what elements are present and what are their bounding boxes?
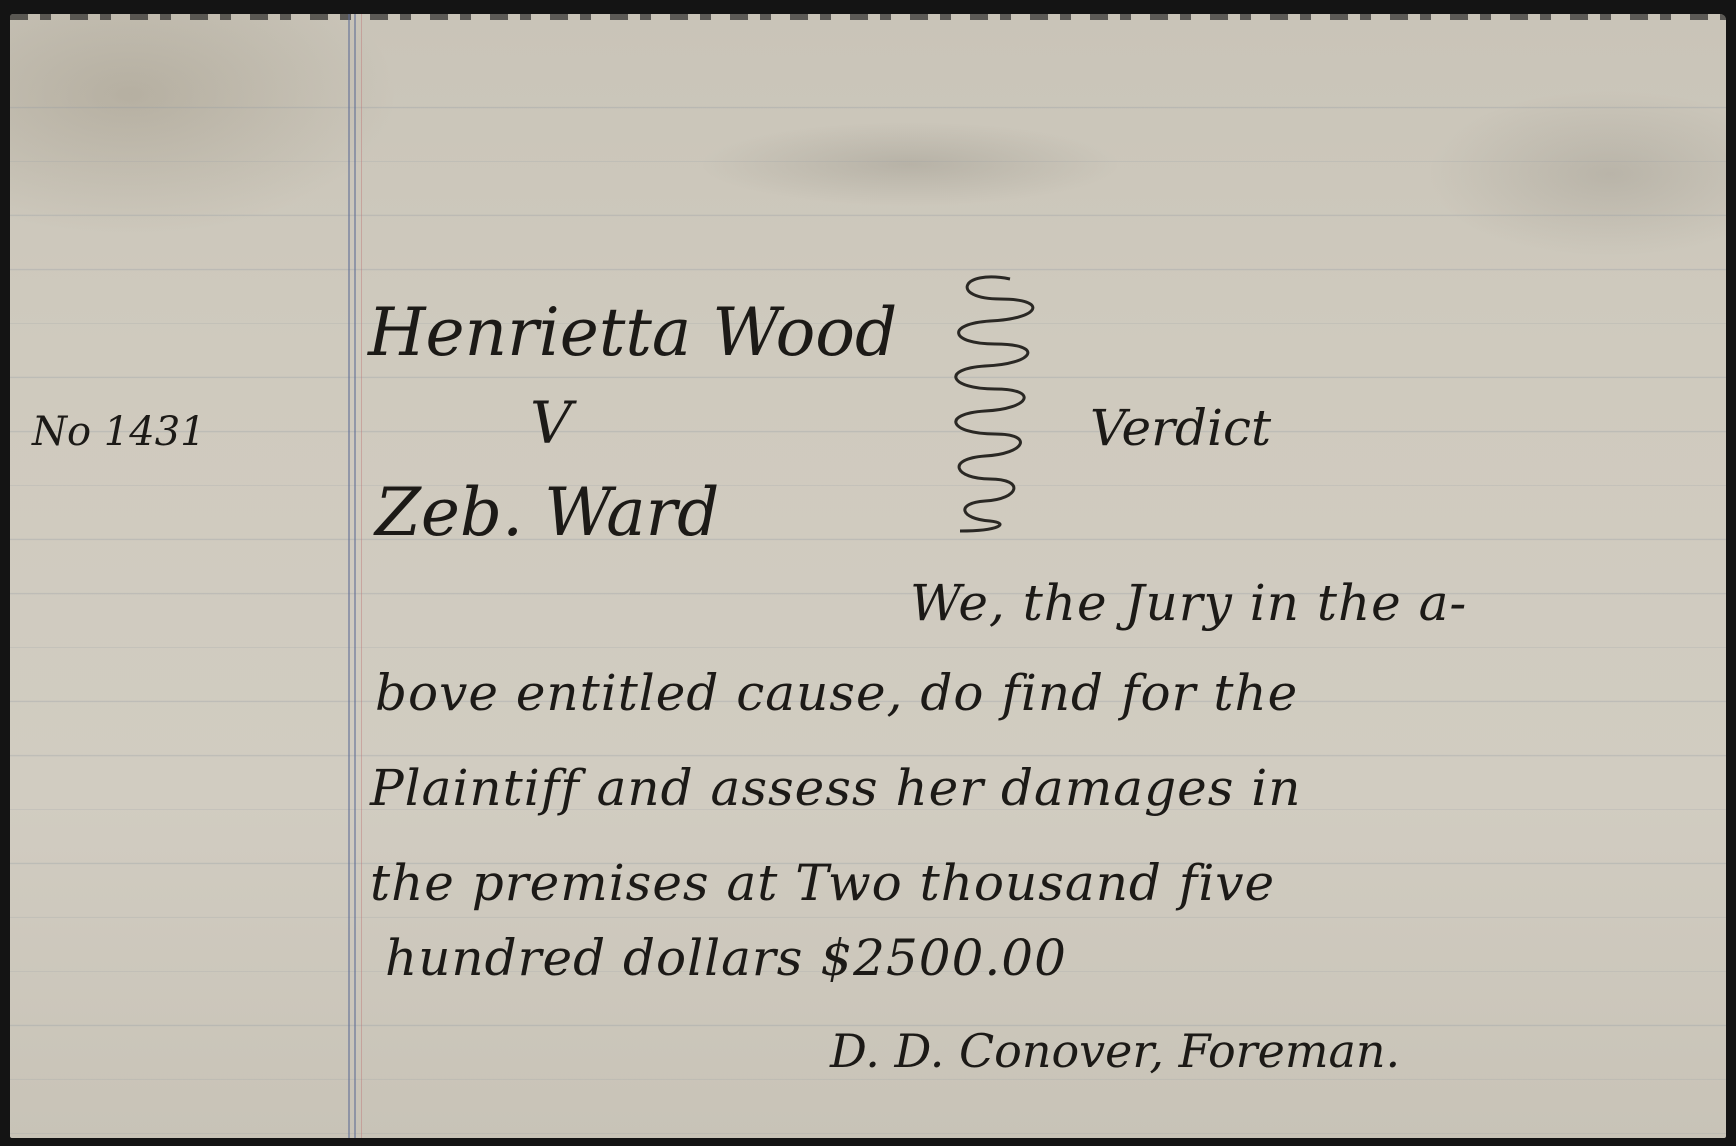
- foreman-signature: D. D. Conover, Foreman.: [830, 1024, 1400, 1078]
- margin-line: [348, 14, 350, 1138]
- verdict-title: Verdict: [1090, 399, 1271, 457]
- verdict-line: the premises at Two thousand five: [370, 854, 1275, 912]
- defendant-name: Zeb. Ward: [375, 474, 719, 551]
- flourish-spiral-icon: [940, 269, 1050, 539]
- docket-number: No 1431: [32, 409, 206, 455]
- verdict-line: bove entitled cause, do find for the: [375, 664, 1298, 722]
- versus-mark: V: [530, 389, 572, 457]
- torn-edge: [10, 14, 1726, 20]
- margin-line: [361, 14, 362, 1138]
- margin-line: [354, 14, 356, 1138]
- verdict-line: hundred dollars $2500.00: [385, 929, 1067, 987]
- verdict-line: Plaintiff and assess her damages in: [370, 759, 1301, 817]
- plaintiff-name: Henrietta Wood: [368, 294, 897, 371]
- verdict-line: We, the Jury in the a-: [910, 574, 1467, 632]
- document-page: No 1431 Henrietta Wood V Zeb. Ward Verdi…: [10, 14, 1726, 1138]
